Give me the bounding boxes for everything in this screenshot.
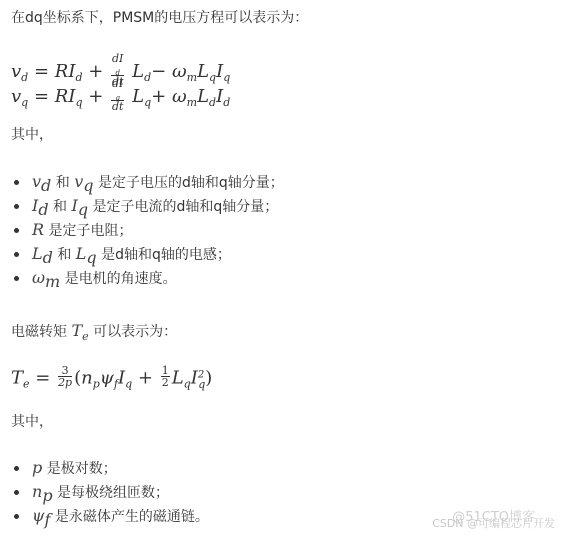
where-label-1: 其中， — [11, 125, 53, 145]
list-item: ωm 是电机的角速度。 — [11, 266, 284, 290]
list-item: vd 和 vq 是定子电压的d轴和q轴分量； — [11, 170, 284, 194]
torque-equation: Te = 32p(npψfIq + 12LqI2q) — [11, 367, 212, 390]
voltage-equation-q: vq = RIq + dIqdt Lq+ ωmLdId — [11, 80, 230, 114]
where-label-2: 其中， — [11, 412, 53, 432]
intro-text: 在dq坐标系下，PMSM的电压方程可以表示为： — [11, 8, 308, 28]
list-item: ψf 是永磁体产生的磁通链。 — [11, 504, 209, 528]
list-item: R 是定子电阻； — [11, 218, 284, 242]
list-item: Ld 和 Lq 是d轴和q轴的电感； — [11, 242, 284, 266]
variable-list-1: vd 和 vq 是定子电压的d轴和q轴分量； Id 和 Iq 是定子电流的d轴和… — [11, 170, 284, 290]
watermark: @51CTO博客 CSDN @可编程芯片开发 — [432, 515, 555, 531]
variable-list-2: p 是极对数； np 是每极绕组匝数； ψf 是永磁体产生的磁通链。 — [11, 456, 209, 528]
list-item: np 是每极绕组匝数； — [11, 480, 209, 504]
list-item: p 是极对数； — [11, 456, 209, 480]
list-item: Id 和 Iq 是定子电流的d轴和q轴分量； — [11, 194, 284, 218]
torque-intro: 电磁转矩 Te 可以表示为： — [11, 321, 177, 342]
